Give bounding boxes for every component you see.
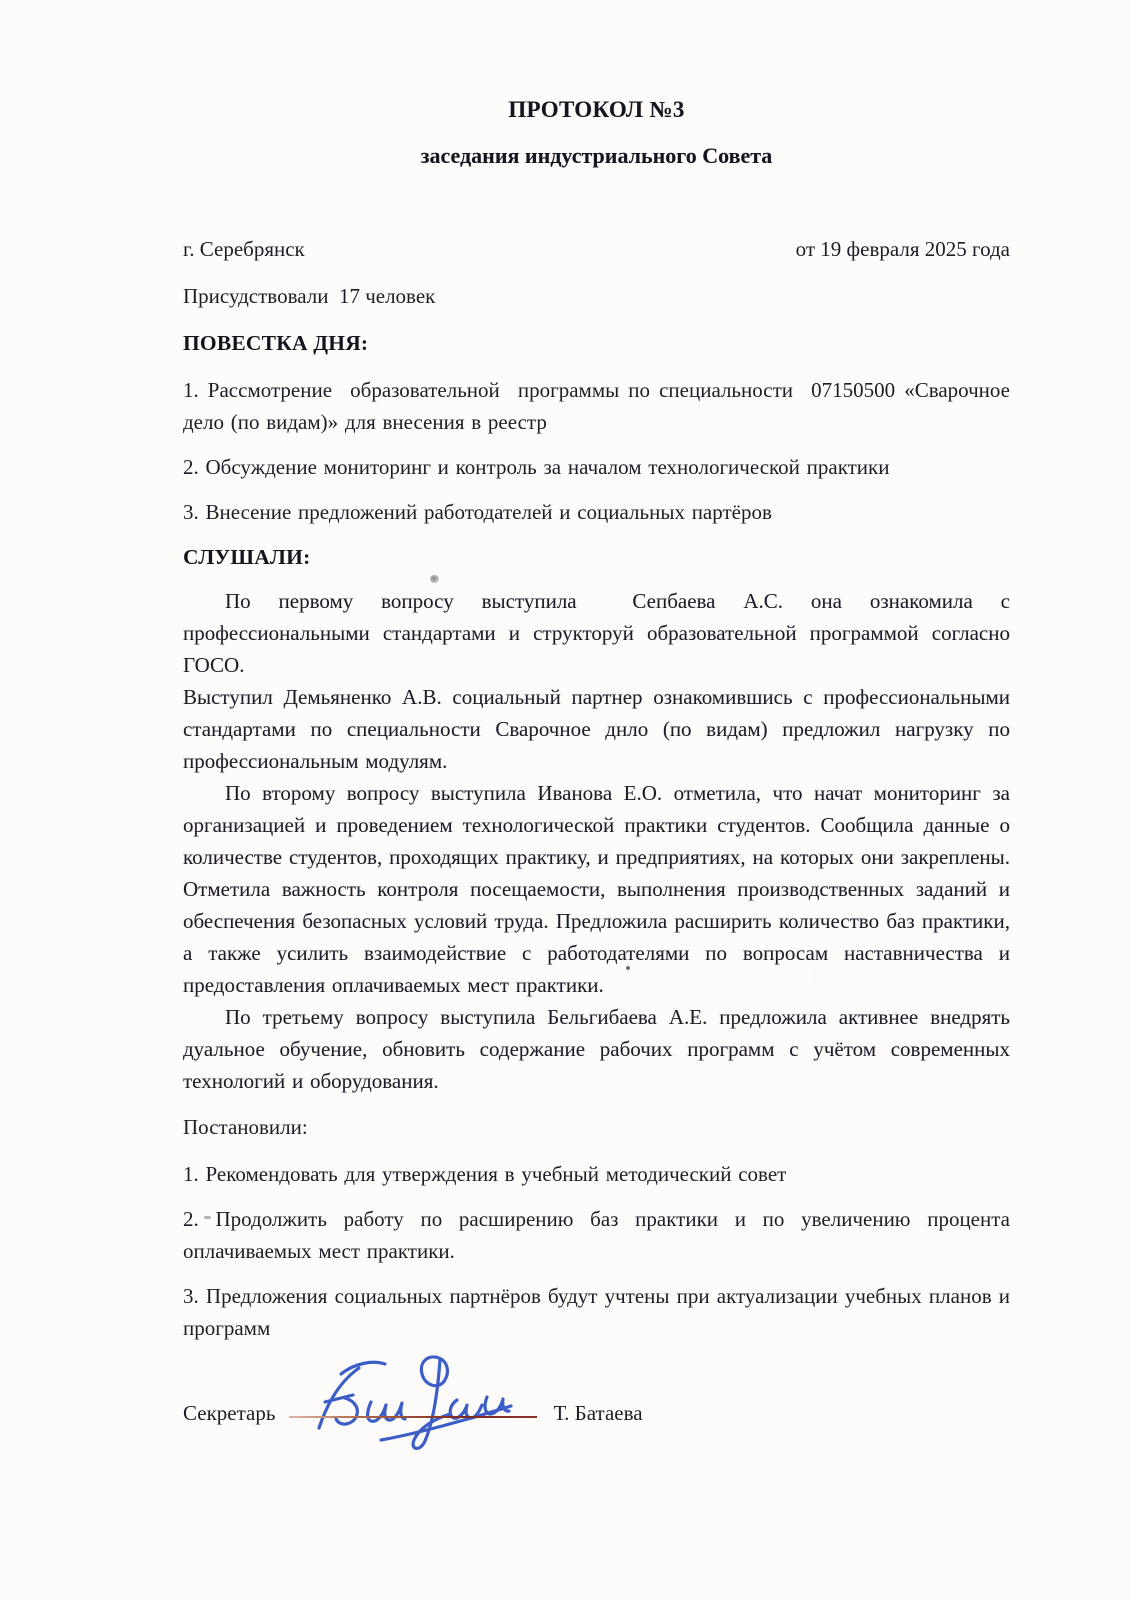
heard-paragraph-4: По третьему вопросу выступила Бельгибаев… xyxy=(183,1001,1010,1097)
secretary-name: Т. Батаева xyxy=(553,1397,642,1429)
agenda-list: 1. Рассмотрение образовательной программ… xyxy=(183,374,1010,528)
document-subtitle: заседания индустриального Совета xyxy=(183,141,1010,171)
resolution-item-1: 1. Рекомендовать для утверждения в учебн… xyxy=(183,1158,1010,1190)
meta-date: от 19 февраля 2025 года xyxy=(796,233,1010,265)
agenda-heading: ПОВЕСТКА ДНЯ: xyxy=(183,327,1010,359)
attendees-line: Присудствовали 17 человек xyxy=(183,280,1010,312)
resolution-item-2: 2. Продолжить работу по расширению баз п… xyxy=(183,1203,1010,1267)
meta-city: г. Серебрянск xyxy=(183,233,305,265)
heard-paragraph-2: Выступил Демьяненко А.В. социальный парт… xyxy=(183,681,1010,777)
resolution-item-3: 3. Предложения социальных партнёров буду… xyxy=(183,1280,1010,1344)
resolutions-list: 1. Рекомендовать для утверждения в учебн… xyxy=(183,1158,1010,1344)
meta-row: г. Серебрянск от 19 февраля 2025 года xyxy=(183,233,1010,265)
signature-line xyxy=(289,1416,537,1418)
heard-paragraph-1: По первому вопросу выступила Сепбаева А.… xyxy=(183,585,1010,681)
heard-block: По первому вопросу выступила Сепбаева А.… xyxy=(183,585,1010,1097)
signature-role-label: Секретарь xyxy=(183,1397,275,1429)
agenda-item-2: 2. Обсуждение мониторинг и контроль за н… xyxy=(183,451,1010,483)
document-page: ПРОТОКОЛ №3 заседания индустриального Со… xyxy=(0,0,1130,1600)
document-title: ПРОТОКОЛ №3 xyxy=(183,95,1010,125)
signature-handwriting-image xyxy=(297,1348,527,1458)
agenda-item-3: 3. Внесение предложений работодателей и … xyxy=(183,496,1010,528)
agenda-item-1: 1. Рассмотрение образовательной программ… xyxy=(183,374,1010,438)
scan-speck xyxy=(430,575,439,583)
heard-paragraph-3: По второму вопросу выступила Иванова Е.О… xyxy=(183,777,1010,1001)
signature-area xyxy=(289,1396,537,1420)
heard-heading: СЛУШАЛИ: xyxy=(183,541,1010,573)
resolutions-heading: Постановили: xyxy=(183,1111,1010,1143)
signature-row: Секретарь Т. Батаева xyxy=(183,1396,1010,1429)
